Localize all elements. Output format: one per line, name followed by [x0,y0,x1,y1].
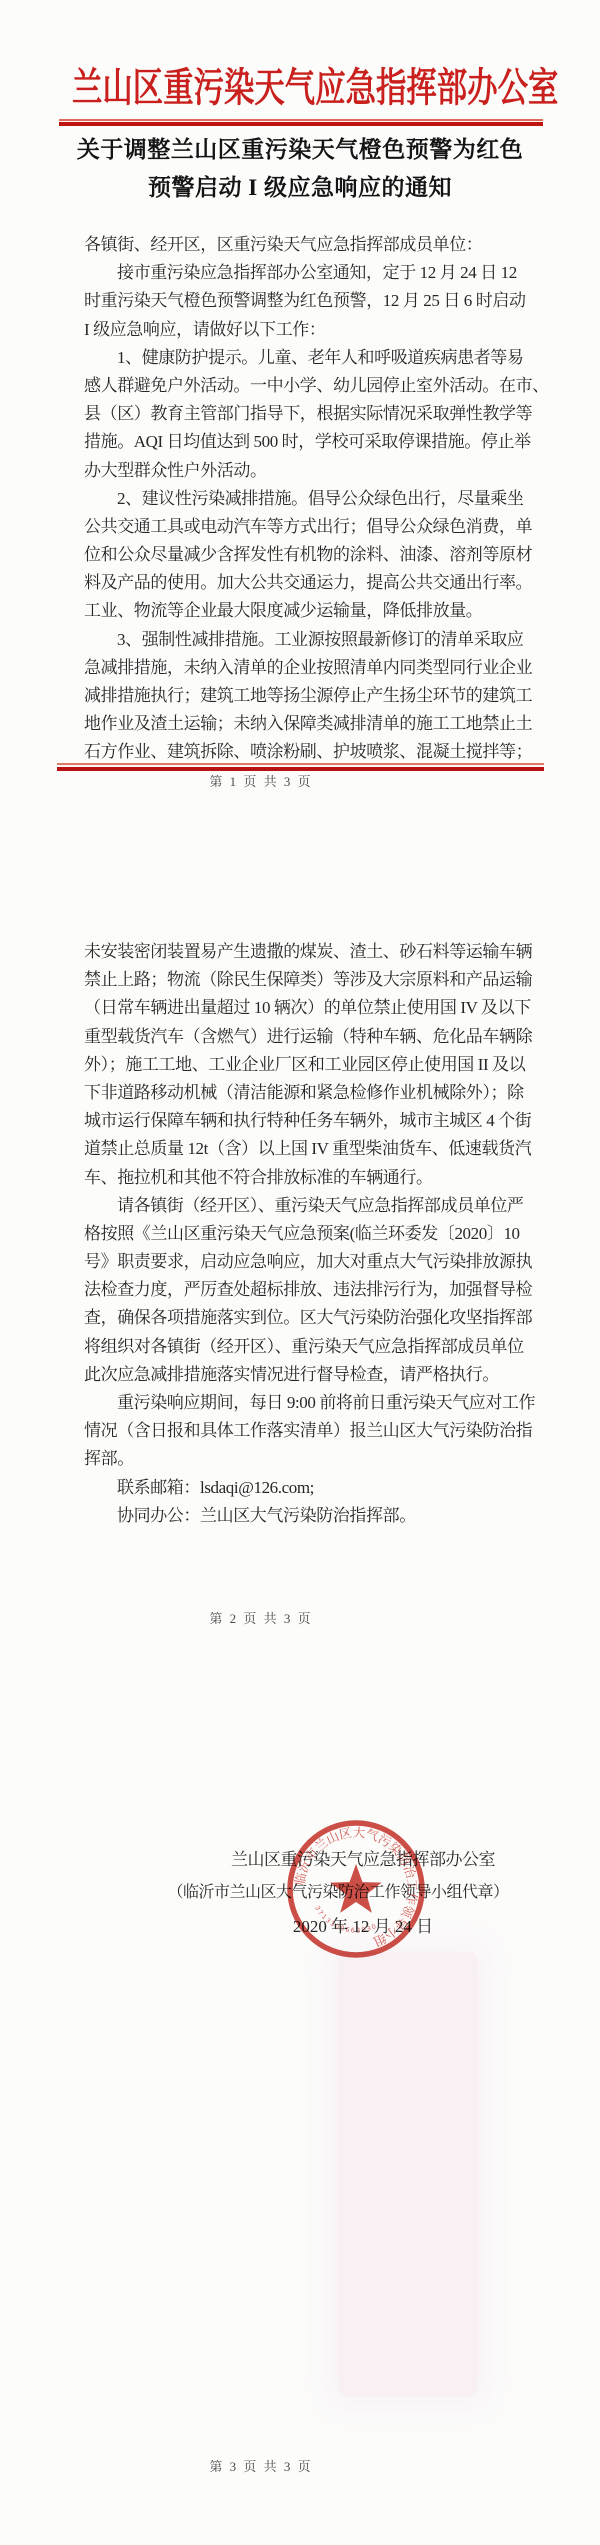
body-line: 此次应急减排措施落实情况进行督导检查，请严格执行。 [84,1361,534,1389]
page3-footer: 第 3 页 共 3 页 [209,2456,312,2475]
divider-thick-line [57,767,544,771]
body-line: I 级应急响应，请做好以下工作： [84,316,534,344]
body-line: 工业、物流等企业最大限度减少运输量，降低排放量。 [84,597,534,625]
body-line: 重型载货汽车（含燃气）进行运输（特种车辆、危化品车辆除 [84,1023,534,1051]
body-line: 请各镇街（经开区）、重污染天气应急指挥部成员单位严 [84,1192,534,1220]
body-line: 号》职责要求，启动应急响应，加大对重点大气污染排放源执 [84,1248,534,1276]
body-line: 急减排措施，未纳入清单的企业按照清单内同类型同行业企业 [84,654,534,682]
body-line: 1、健康防护提示。儿童、老年人和呼吸道疾病患者等易 [84,344,534,372]
body-line: 时重污染天气橙色预警调整为红色预警，12 月 25 日 6 时启动 [84,287,534,315]
body-line: 禁止上路；物流（除民生保障类）等涉及大宗原料和产品运输 [84,966,534,994]
body-line: 挥部。 [84,1445,534,1473]
body-line: 将组织对各镇街（经开区）、重污染天气应急指挥部成员单位 [84,1333,534,1361]
official-seal: 临沂市兰山区大气污染防治工作领导小组 3713300663830 [281,1814,431,1964]
body-line: 减排措施执行；建筑工地等扬尘源停止产生扬尘环节的建筑工 [84,682,534,710]
body-line: 感人群避免户外活动。一中小学、幼儿园停止室外活动。在市、 [84,372,534,400]
body-line: 查，确保各项措施落实到位。区大气污染防治强化攻坚指挥部 [84,1304,534,1332]
body-line: 县（区）教育主管部门指导下，根据实际情况采取弹性教学等 [84,400,534,428]
doc-title-line-1: 关于调整兰山区重污染天气橙色预警为红色 [0,131,600,169]
body-line: 措施。AQI 日均值达到 500 时，学校可采取停课措施。停止举 [84,428,534,456]
body-line: 协同办公：兰山区大气污染防治指挥部。 [84,1502,534,1530]
body-line: 联系邮箱：lsdaqi@126.com; [84,1474,534,1502]
body-line: 公共交通工具或电动汽车等方式出行；倡导公众绿色消费，单 [84,513,534,541]
header-rule-thick-line [59,122,543,126]
body-line: 料及产品的使用。加大公共交通运力，提高公共交通出行率。 [84,569,534,597]
body-line: 道禁止总质量 12t（含）以上国 IV 重型柴油货车、低速载货汽 [84,1135,534,1163]
doc-header-banner: 兰山区重污染天气应急指挥部办公室 [72,56,528,113]
body-line: 外）；施工工地、工业企业厂区和工业园区停止使用国 II 及以 [84,1051,534,1079]
body-line: 地作业及渣土运输；未纳入保障类减排清单的施工工地禁止土 [84,710,534,738]
header-rule [59,119,543,126]
page1-red-divider-line [57,763,544,771]
scan-tint-artifact [338,1952,478,2397]
body-line: 重污染响应期间，每日 9:00 前将前日重污染天气应对工作 [84,1389,534,1417]
body-line: 未安装密闭装置易产生遗撒的煤炭、渣土、砂石料等运输车辆 [84,938,534,966]
body-line: 情况（含日报和具体工作落实清单）报兰山区大气污染防治指 [84,1417,534,1445]
body-line: 办大型群众性户外活动。 [84,457,534,485]
page2-footer: 第 2 页 共 3 页 [209,1608,312,1627]
body-line: 2、建议性污染减排措施。倡导公众绿色出行，尽量乘坐 [84,485,534,513]
page2-body: 未安装密闭装置易产生遗撒的煤炭、渣土、砂石料等运输车辆禁止上路；物流（除民生保障… [84,938,534,1530]
body-line: 格按照《兰山区重污染天气应急预案(临兰环委发〔2020〕10 [84,1220,534,1248]
body-line: 位和公众尽量减少含挥发性有机物的涂料、油漆、溶剂等原材 [84,541,534,569]
page1-body: 各镇街、经开区，区重污染天气应急指挥部成员单位：接市重污染应急指挥部办公室通知，… [84,231,534,767]
doc-title-line-2: 预警启动 I 级应急响应的通知 [0,169,600,207]
body-line: 法检查力度，严厉查处超标排放、违法排污行为，加强督导检 [84,1276,534,1304]
body-line: 城市运行保障车辆和执行特种任务车辆外，城市主城区 4 个街 [84,1107,534,1135]
body-line: （日常车辆进出量超过 10 辆次）的单位禁止使用国 IV 及以下 [84,994,534,1022]
body-line: 各镇街、经开区，区重污染天气应急指挥部成员单位： [84,231,534,259]
body-line: 车、拖拉机和其他不符合排放标准的车辆通行。 [84,1164,534,1192]
page1-footer: 第 1 页 共 3 页 [209,771,312,790]
doc-title: 关于调整兰山区重污染天气橙色预警为红色 预警启动 I 级应急响应的通知 [0,131,600,207]
body-line: 接市重污染应急指挥部办公室通知，定于 12 月 24 日 12 [84,259,534,287]
seal-star-icon [330,1864,381,1913]
body-line: 下非道路移动机械（清洁能源和紧急检修作业机械除外）；除 [84,1079,534,1107]
document-scan: 兰山区重污染天气应急指挥部办公室 关于调整兰山区重污染天气橙色预警为红色 预警启… [0,0,600,2545]
body-line: 3、强制性减排措施。工业源按照最新修订的清单采取应 [84,626,534,654]
